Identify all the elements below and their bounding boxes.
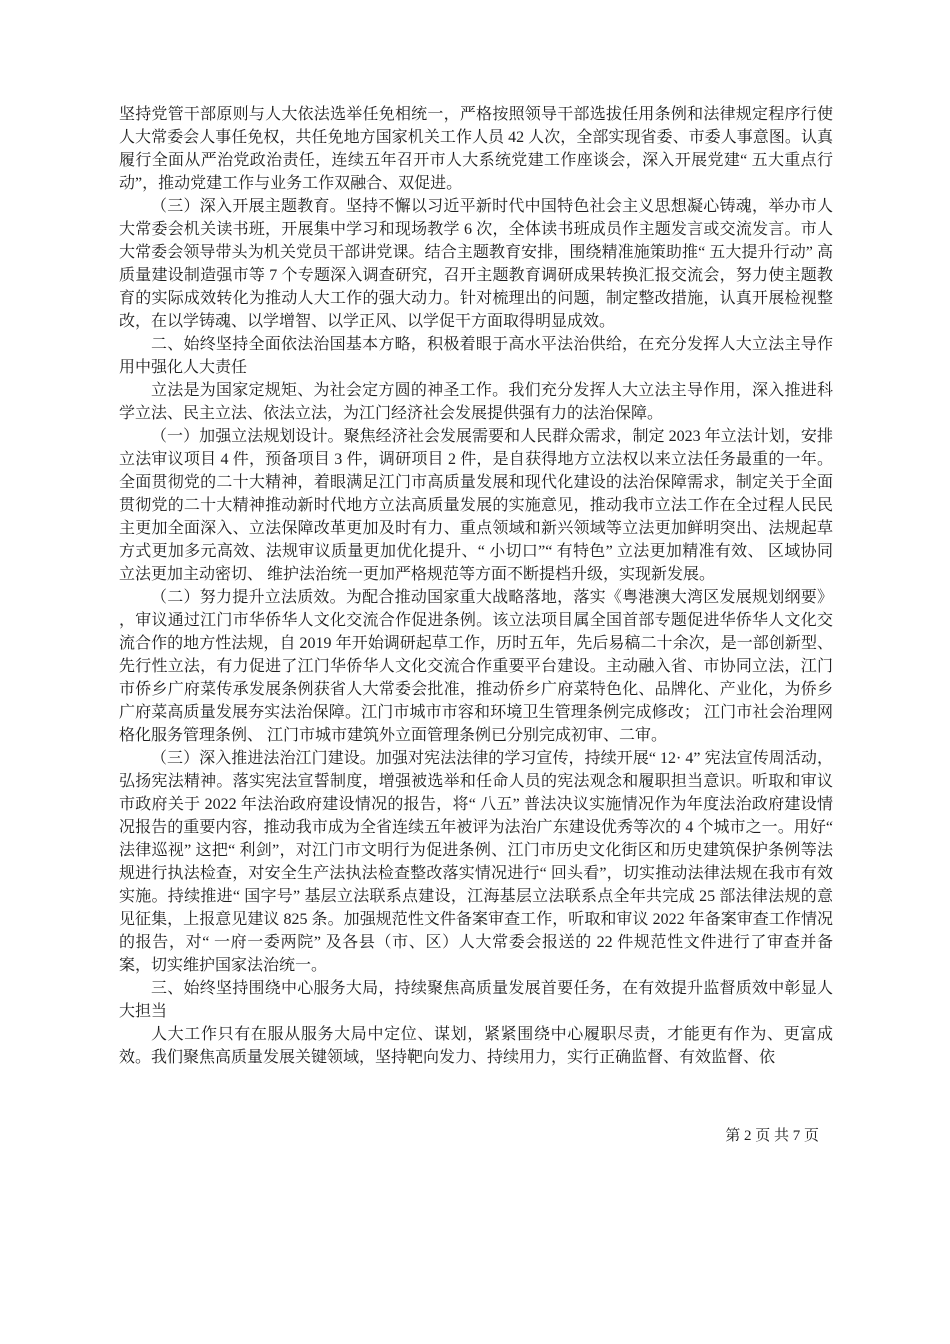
paragraph-legislation-plan: （一）加强立法规划设计。聚焦经济社会发展需要和人民群众需求，制定 2023 年立… xyxy=(119,425,833,586)
page-number-footer: 第 2 页 共 7 页 xyxy=(119,1126,833,1146)
section-heading-2: 二、始终坚持全面依法治国基本方略，积极着眼于高水平法治供给，在充分发挥人大立法主… xyxy=(119,333,833,379)
paragraph-legislation-intro: 立法是为国家定规矩、为社会定方圆的神圣工作。我们充分发挥人大立法主导作用，深入推… xyxy=(119,379,833,425)
section-heading-3: 三、始终坚持围绕中心服务大局，持续聚焦高质量发展首要任务，在有效提升监督质效中彰… xyxy=(119,977,833,1023)
paragraph-legislation-quality: （二）努力提升立法质效。为配合推动国家重大战略落地，落实《粤港澳大湾区发展规划纲… xyxy=(119,586,833,747)
paragraph-rule-of-law: （三）深入推进法治江门建设。加强对宪法法律的学习宣传，持续开展“ 12· 4” … xyxy=(119,747,833,977)
paragraph-theme-education: （三）深入开展主题教育。坚持不懈以习近平新时代中国特色社会主义思想凝心铸魂，举办… xyxy=(119,195,833,333)
document-body: 坚持党管干部原则与人大依法选举任免相统一，严格按照领导干部选拔任用条例和法律规定… xyxy=(119,103,833,1069)
paragraph-supervision-intro: 人大工作只有在服从服务大局中定位、谋划，紧紧围绕中心履职尽责，才能更有作为、更富… xyxy=(119,1023,833,1069)
paragraph-continuation: 坚持党管干部原则与人大依法选举任免相统一，严格按照领导干部选拔任用条例和法律规定… xyxy=(119,103,833,195)
document-page: 坚持党管干部原则与人大依法选举任免相统一，严格按照领导干部选拔任用条例和法律规定… xyxy=(0,0,950,1344)
